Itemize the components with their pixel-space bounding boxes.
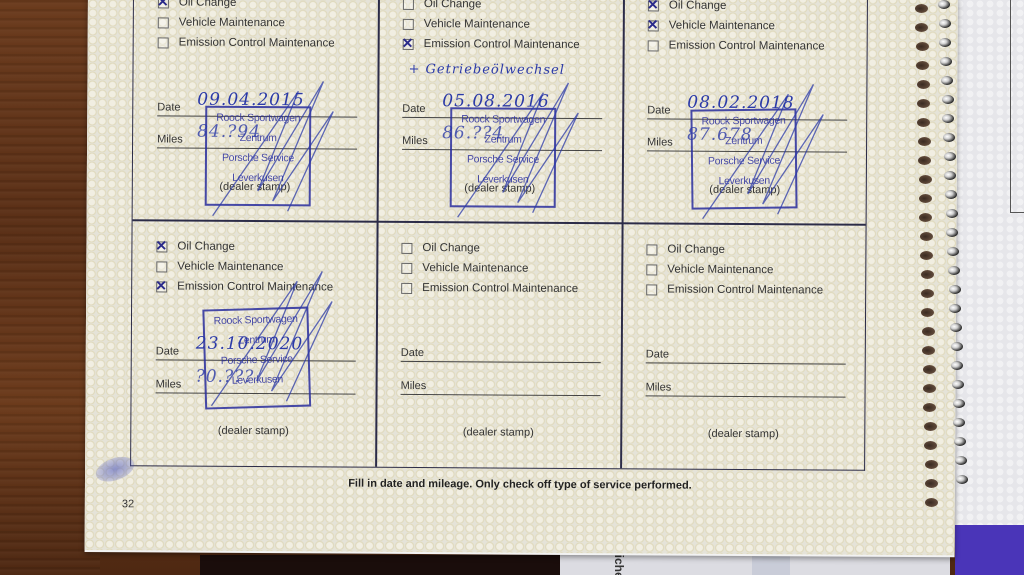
checkbox[interactable] <box>646 284 657 295</box>
binding-hole <box>924 422 937 431</box>
binding-hole <box>915 4 928 13</box>
binding-hole <box>915 23 928 32</box>
checkbox[interactable] <box>403 18 414 29</box>
miles-label: Miles <box>156 378 182 390</box>
checkbox[interactable] <box>158 37 169 48</box>
date-label: Date <box>646 348 669 360</box>
facing-page <box>955 0 1024 525</box>
service-type-option[interactable]: Oil Change <box>648 0 825 17</box>
binding-hole <box>923 403 936 412</box>
checkbox-label: Emission Control Maintenance <box>667 284 823 297</box>
binding-hole <box>920 251 933 260</box>
checkbox[interactable] <box>403 38 414 49</box>
spiral-ring <box>944 152 956 161</box>
binding-hole <box>922 327 935 336</box>
miles-label: Miles <box>157 133 183 145</box>
checkbox[interactable] <box>648 20 659 31</box>
binding-hole <box>921 289 934 298</box>
miles-label: Miles <box>646 381 672 393</box>
service-type-checklist: Oil ChangeVehicle MaintenanceEmission Co… <box>158 0 335 54</box>
miles-label: Miles <box>647 136 673 148</box>
underlying-dark-strip <box>200 555 580 575</box>
dealer-stamp-caption: (dealer stamp) <box>621 427 865 440</box>
checkbox-label: Oil Change <box>179 0 237 9</box>
miles-label: Miles <box>402 135 428 147</box>
checkbox[interactable] <box>401 262 412 273</box>
checkbox[interactable] <box>158 17 169 28</box>
service-record-cell: Oil ChangeVehicle MaintenanceEmission Co… <box>376 222 621 453</box>
spiral-ring <box>952 380 964 389</box>
binding-hole <box>917 118 930 127</box>
service-type-option[interactable]: Oil Change <box>158 0 335 14</box>
service-type-option[interactable]: Vehicle Maintenance <box>158 12 335 33</box>
date-label: Date <box>156 345 179 357</box>
signature-scribble <box>203 71 344 222</box>
binding-hole <box>917 99 930 108</box>
service-record-cell: Oil ChangeVehicle MaintenanceEmission Co… <box>623 0 868 225</box>
checkbox-label: Vehicle Maintenance <box>424 18 530 31</box>
spiral-ring <box>942 114 954 123</box>
spiral-ring <box>947 247 959 256</box>
service-type-checklist: Oil ChangeVehicle MaintenanceEmission Co… <box>648 0 825 57</box>
date-label: Date <box>157 101 180 113</box>
binding-hole <box>916 61 929 70</box>
binding-hole <box>924 441 937 450</box>
signature-scribble <box>448 72 589 223</box>
checkbox[interactable] <box>156 281 167 292</box>
spiral-ring <box>950 323 962 332</box>
service-type-option[interactable]: Vehicle Maintenance <box>403 14 580 35</box>
service-type-option[interactable]: Oil Change <box>401 238 578 259</box>
spiral-ring <box>940 57 952 66</box>
service-type-option[interactable]: Oil Change <box>403 0 580 15</box>
facing-page-line <box>1010 212 1024 213</box>
service-record-cell: Oil ChangeVehicle MaintenanceEmission Co… <box>131 220 376 451</box>
checkbox[interactable] <box>401 242 412 253</box>
checkbox-label: Oil Change <box>667 244 725 256</box>
checkbox-label: Oil Change <box>177 241 235 253</box>
spiral-ring <box>939 19 951 28</box>
service-record-cell: Oil ChangeVehicle MaintenanceEmission Co… <box>378 0 623 223</box>
service-type-option[interactable]: Vehicle Maintenance <box>646 259 823 280</box>
binding-hole <box>919 175 932 184</box>
service-type-option[interactable]: Vehicle Maintenance <box>648 15 825 36</box>
checkbox-label: Oil Change <box>422 242 480 254</box>
checkbox-label: Vehicle Maintenance <box>669 20 775 33</box>
checkbox[interactable] <box>648 40 659 51</box>
binding-hole <box>918 156 931 165</box>
service-type-checklist: Oil ChangeVehicle MaintenanceEmission Co… <box>646 239 823 300</box>
checkbox[interactable] <box>156 241 167 252</box>
checkbox[interactable] <box>648 0 659 11</box>
service-type-option[interactable]: Emission Control Maintenance <box>403 34 580 55</box>
binding-hole <box>923 384 936 393</box>
service-record-cell: Oil ChangeVehicle MaintenanceEmission Co… <box>133 0 378 222</box>
spiral-ring <box>946 228 958 237</box>
checkbox-label: Emission Control Maintenance <box>669 40 825 53</box>
checkbox-label: Emission Control Maintenance <box>424 38 580 51</box>
checkbox[interactable] <box>156 261 167 272</box>
checkbox[interactable] <box>158 0 169 8</box>
binding-hole <box>920 232 933 241</box>
binding-hole <box>917 80 930 89</box>
checkbox-label: Emission Control Maintenance <box>422 282 578 295</box>
service-type-checklist: Oil ChangeVehicle MaintenanceEmission Co… <box>401 238 578 299</box>
spiral-ring <box>942 95 954 104</box>
blue-binder <box>955 525 1024 575</box>
binding-hole <box>919 213 932 222</box>
checkbox[interactable] <box>403 0 414 9</box>
spiral-ring <box>948 266 960 275</box>
footer-instruction: Fill in date and mileage. Only check off… <box>85 476 955 493</box>
service-type-option[interactable]: Vehicle Maintenance <box>401 258 578 279</box>
service-record-grid: Oil ChangeVehicle MaintenanceEmission Co… <box>130 0 868 471</box>
service-type-option[interactable]: Emission Control Maintenance <box>401 278 578 299</box>
date-label: Date <box>647 104 670 116</box>
binding-hole <box>916 42 929 51</box>
facing-page-line <box>1010 0 1011 212</box>
service-type-option[interactable]: Emission Control Maintenance <box>648 35 825 56</box>
checkbox[interactable] <box>646 264 657 275</box>
dealer-stamp-caption: (dealer stamp) <box>131 424 375 437</box>
service-type-option[interactable]: Emission Control Maintenance <box>158 32 335 53</box>
checkbox-label: Vehicle Maintenance <box>422 262 528 275</box>
binding-hole <box>922 346 935 355</box>
checkbox-label: Vehicle Maintenance <box>179 17 285 30</box>
binding-hole <box>925 498 938 507</box>
spiral-ring <box>946 209 958 218</box>
checkbox[interactable] <box>401 282 412 293</box>
spiral-ring <box>953 399 965 408</box>
binding-hole <box>925 460 938 469</box>
miles-field[interactable]: Miles <box>646 381 846 397</box>
spiral-ring <box>944 171 956 180</box>
spiral-ring <box>949 285 961 294</box>
spiral-ring <box>939 38 951 47</box>
binding-hole <box>923 365 936 374</box>
spiral-ring <box>941 76 953 85</box>
service-record-cell: Oil ChangeVehicle MaintenanceEmission Co… <box>621 223 866 454</box>
service-type-option[interactable]: Emission Control Maintenance <box>646 279 823 300</box>
date-field[interactable]: Date <box>401 347 601 363</box>
service-type-checklist: Oil ChangeVehicle MaintenanceEmission Co… <box>403 0 580 55</box>
service-type-option[interactable]: Oil Change <box>646 239 823 260</box>
spiral-ring <box>951 342 963 351</box>
date-label: Date <box>402 103 425 115</box>
checkbox-label: Emission Control Maintenance <box>179 37 335 50</box>
binding-hole <box>925 479 938 488</box>
spiral-ring <box>956 475 968 484</box>
spiral-ring <box>943 133 955 142</box>
dealer-stamp-caption: (dealer stamp) <box>376 426 620 439</box>
binding-hole <box>919 194 932 203</box>
binding-hole <box>921 270 934 279</box>
binding-hole <box>921 308 934 317</box>
signature-scribble <box>693 74 834 225</box>
checkbox-label: Vehicle Maintenance <box>667 264 773 277</box>
spiral-ring <box>954 437 966 446</box>
date-field[interactable]: Date <box>646 348 846 364</box>
date-label: Date <box>401 347 424 359</box>
checkbox-label: Oil Change <box>424 0 482 10</box>
spiral-ring <box>945 190 957 199</box>
miles-field[interactable]: Miles <box>401 380 601 396</box>
spiral-ring <box>938 0 950 9</box>
binding-hole <box>918 137 931 146</box>
signature-scribble <box>201 261 342 412</box>
spiral-binding <box>912 0 957 520</box>
service-type-option[interactable]: Oil Change <box>156 236 333 257</box>
miles-label: Miles <box>401 380 427 392</box>
checkbox[interactable] <box>646 244 657 255</box>
page-number: 32 <box>122 498 134 510</box>
checkbox-label: Oil Change <box>669 0 727 12</box>
service-log-page: Oil ChangeVehicle MaintenanceEmission Co… <box>85 0 958 555</box>
spiral-ring <box>955 456 967 465</box>
